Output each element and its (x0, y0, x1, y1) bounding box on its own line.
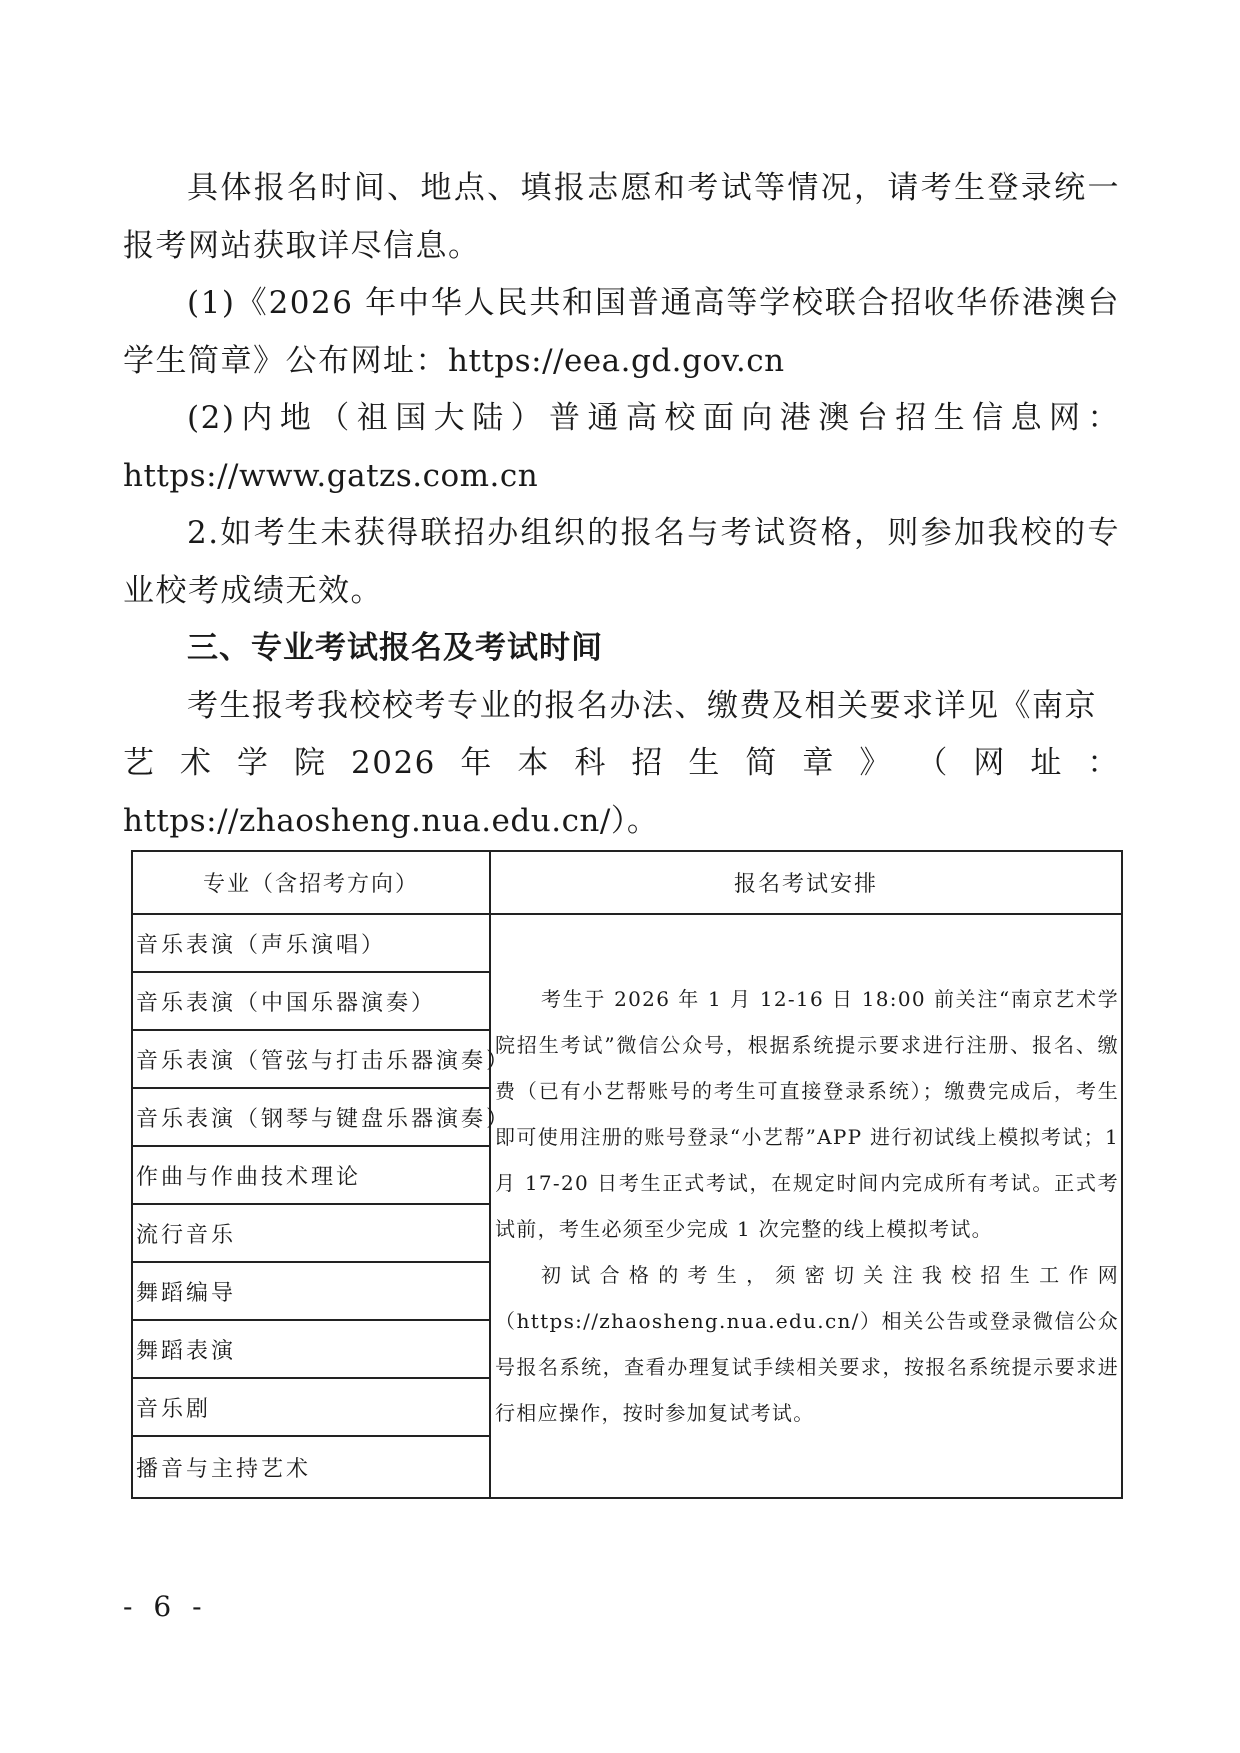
major-cell: 音乐表演（钢琴与键盘乐器演奏） (132, 1088, 490, 1146)
section-heading: 三、专业考试报名及考试时间 (123, 620, 1120, 678)
intro-token: 网 (973, 735, 1006, 793)
major-cell: 音乐表演（管弦与打击乐器演奏） (132, 1030, 490, 1088)
link-eea-gd[interactable]: https://eea.gd.gov.cn (448, 343, 785, 379)
intro-token: 学 (237, 735, 270, 793)
document-body: 具体报名时间、地点、填报志愿和考试等情况，请考生登录统一报考网站获取详尽信息。 … (123, 160, 1120, 850)
paragraph-joint-admission-link: (1)《2026 年中华人民共和国普通高等学校联合招收华侨港澳台学生简章》公布网… (123, 275, 1120, 390)
header-arrangement: 报名考试安排 (490, 851, 1122, 914)
intro-line-2: 艺 术 学 院 2026 年 本 科 招 生 简 章 》 （ 网 址 ： (123, 735, 1120, 793)
link-nua-admissions[interactable]: https://zhaosheng.nua.edu.cn/）。 (123, 793, 1120, 851)
major-cell: 播音与主持艺术 (132, 1436, 490, 1498)
major-cell: 音乐表演（声乐演唱） (132, 914, 490, 972)
intro-token: 年 (460, 735, 493, 793)
intro-token: 2026 (351, 735, 436, 793)
intro-token: 址 (1030, 735, 1063, 793)
exam-schedule-table: 专业（含招考方向） 报名考试安排 音乐表演（声乐演唱） 考生于 2026 年 1… (131, 850, 1123, 1499)
page-number: - 6 - (123, 1590, 208, 1623)
section-intro: 考生报考我校校考专业的报名办法、缴费及相关要求详见《南京 艺 术 学 院 202… (123, 678, 1120, 851)
header-major: 专业（含招考方向） (132, 851, 490, 914)
paragraph-registration-info: 具体报名时间、地点、填报志愿和考试等情况，请考生登录统一报考网站获取详尽信息。 (123, 160, 1120, 275)
intro-token: ： (1087, 735, 1120, 793)
table-row: 音乐表演（声乐演唱） 考生于 2026 年 1 月 12-16 日 18:00 … (132, 914, 1122, 972)
paragraph-gatzs-link: (2)内地（祖国大陆）普通高校面向港澳台招生信息网：https://www.ga… (123, 390, 1120, 505)
intro-token: 本 (517, 735, 550, 793)
intro-token: 招 (631, 735, 664, 793)
intro-token: 》 (859, 735, 892, 793)
intro-token: （ (916, 735, 949, 793)
intro-token: 院 (294, 735, 327, 793)
paragraph-qualification-notice: 2.如考生未获得联招办组织的报名与考试资格，则参加我校的专业校考成绩无效。 (123, 505, 1120, 620)
major-cell: 音乐表演（中国乐器演奏） (132, 972, 490, 1030)
major-cell: 舞蹈编导 (132, 1262, 490, 1320)
major-cell: 音乐剧 (132, 1378, 490, 1436)
arrangement-cell: 考生于 2026 年 1 月 12-16 日 18:00 前关注“南京艺术学院招… (490, 914, 1122, 1498)
major-cell: 舞蹈表演 (132, 1320, 490, 1378)
major-cell: 流行音乐 (132, 1204, 490, 1262)
intro-token: 生 (688, 735, 721, 793)
intro-token: 科 (574, 735, 607, 793)
intro-token: 章 (802, 735, 835, 793)
link-gatzs[interactable]: https://www.gatzs.com.cn (123, 458, 538, 494)
arrangement-paragraph-1: 考生于 2026 年 1 月 12-16 日 18:00 前关注“南京艺术学院招… (495, 976, 1119, 1252)
intro-token: 术 (180, 735, 213, 793)
arrangement-paragraph-2: 初试合格的考生，须密切关注我校招生工作网（https://zhaosheng.n… (495, 1252, 1119, 1436)
intro-token: 艺 (123, 735, 156, 793)
intro-line-1: 考生报考我校校考专业的报名办法、缴费及相关要求详见《南京 (123, 678, 1120, 736)
table-header-row: 专业（含招考方向） 报名考试安排 (132, 851, 1122, 914)
major-cell: 作曲与作曲技术理论 (132, 1146, 490, 1204)
intro-token: 简 (745, 735, 778, 793)
paragraph-text: (2)内地（祖国大陆）普通高校面向港澳台招生信息网： (187, 400, 1120, 436)
